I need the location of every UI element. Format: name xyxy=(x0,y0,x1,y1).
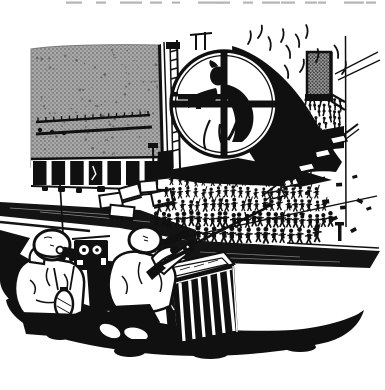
observer-hand xyxy=(57,247,64,254)
antenna-tip xyxy=(58,181,61,184)
right-border-pole xyxy=(346,36,347,227)
trigger-hand xyxy=(188,239,196,247)
illustration-canvas xyxy=(0,0,385,390)
illustration-counter-sniper-scene xyxy=(0,0,385,390)
scope-view-circle xyxy=(171,51,277,157)
grip-hand xyxy=(170,246,178,254)
stippled-building-wall xyxy=(31,44,164,167)
